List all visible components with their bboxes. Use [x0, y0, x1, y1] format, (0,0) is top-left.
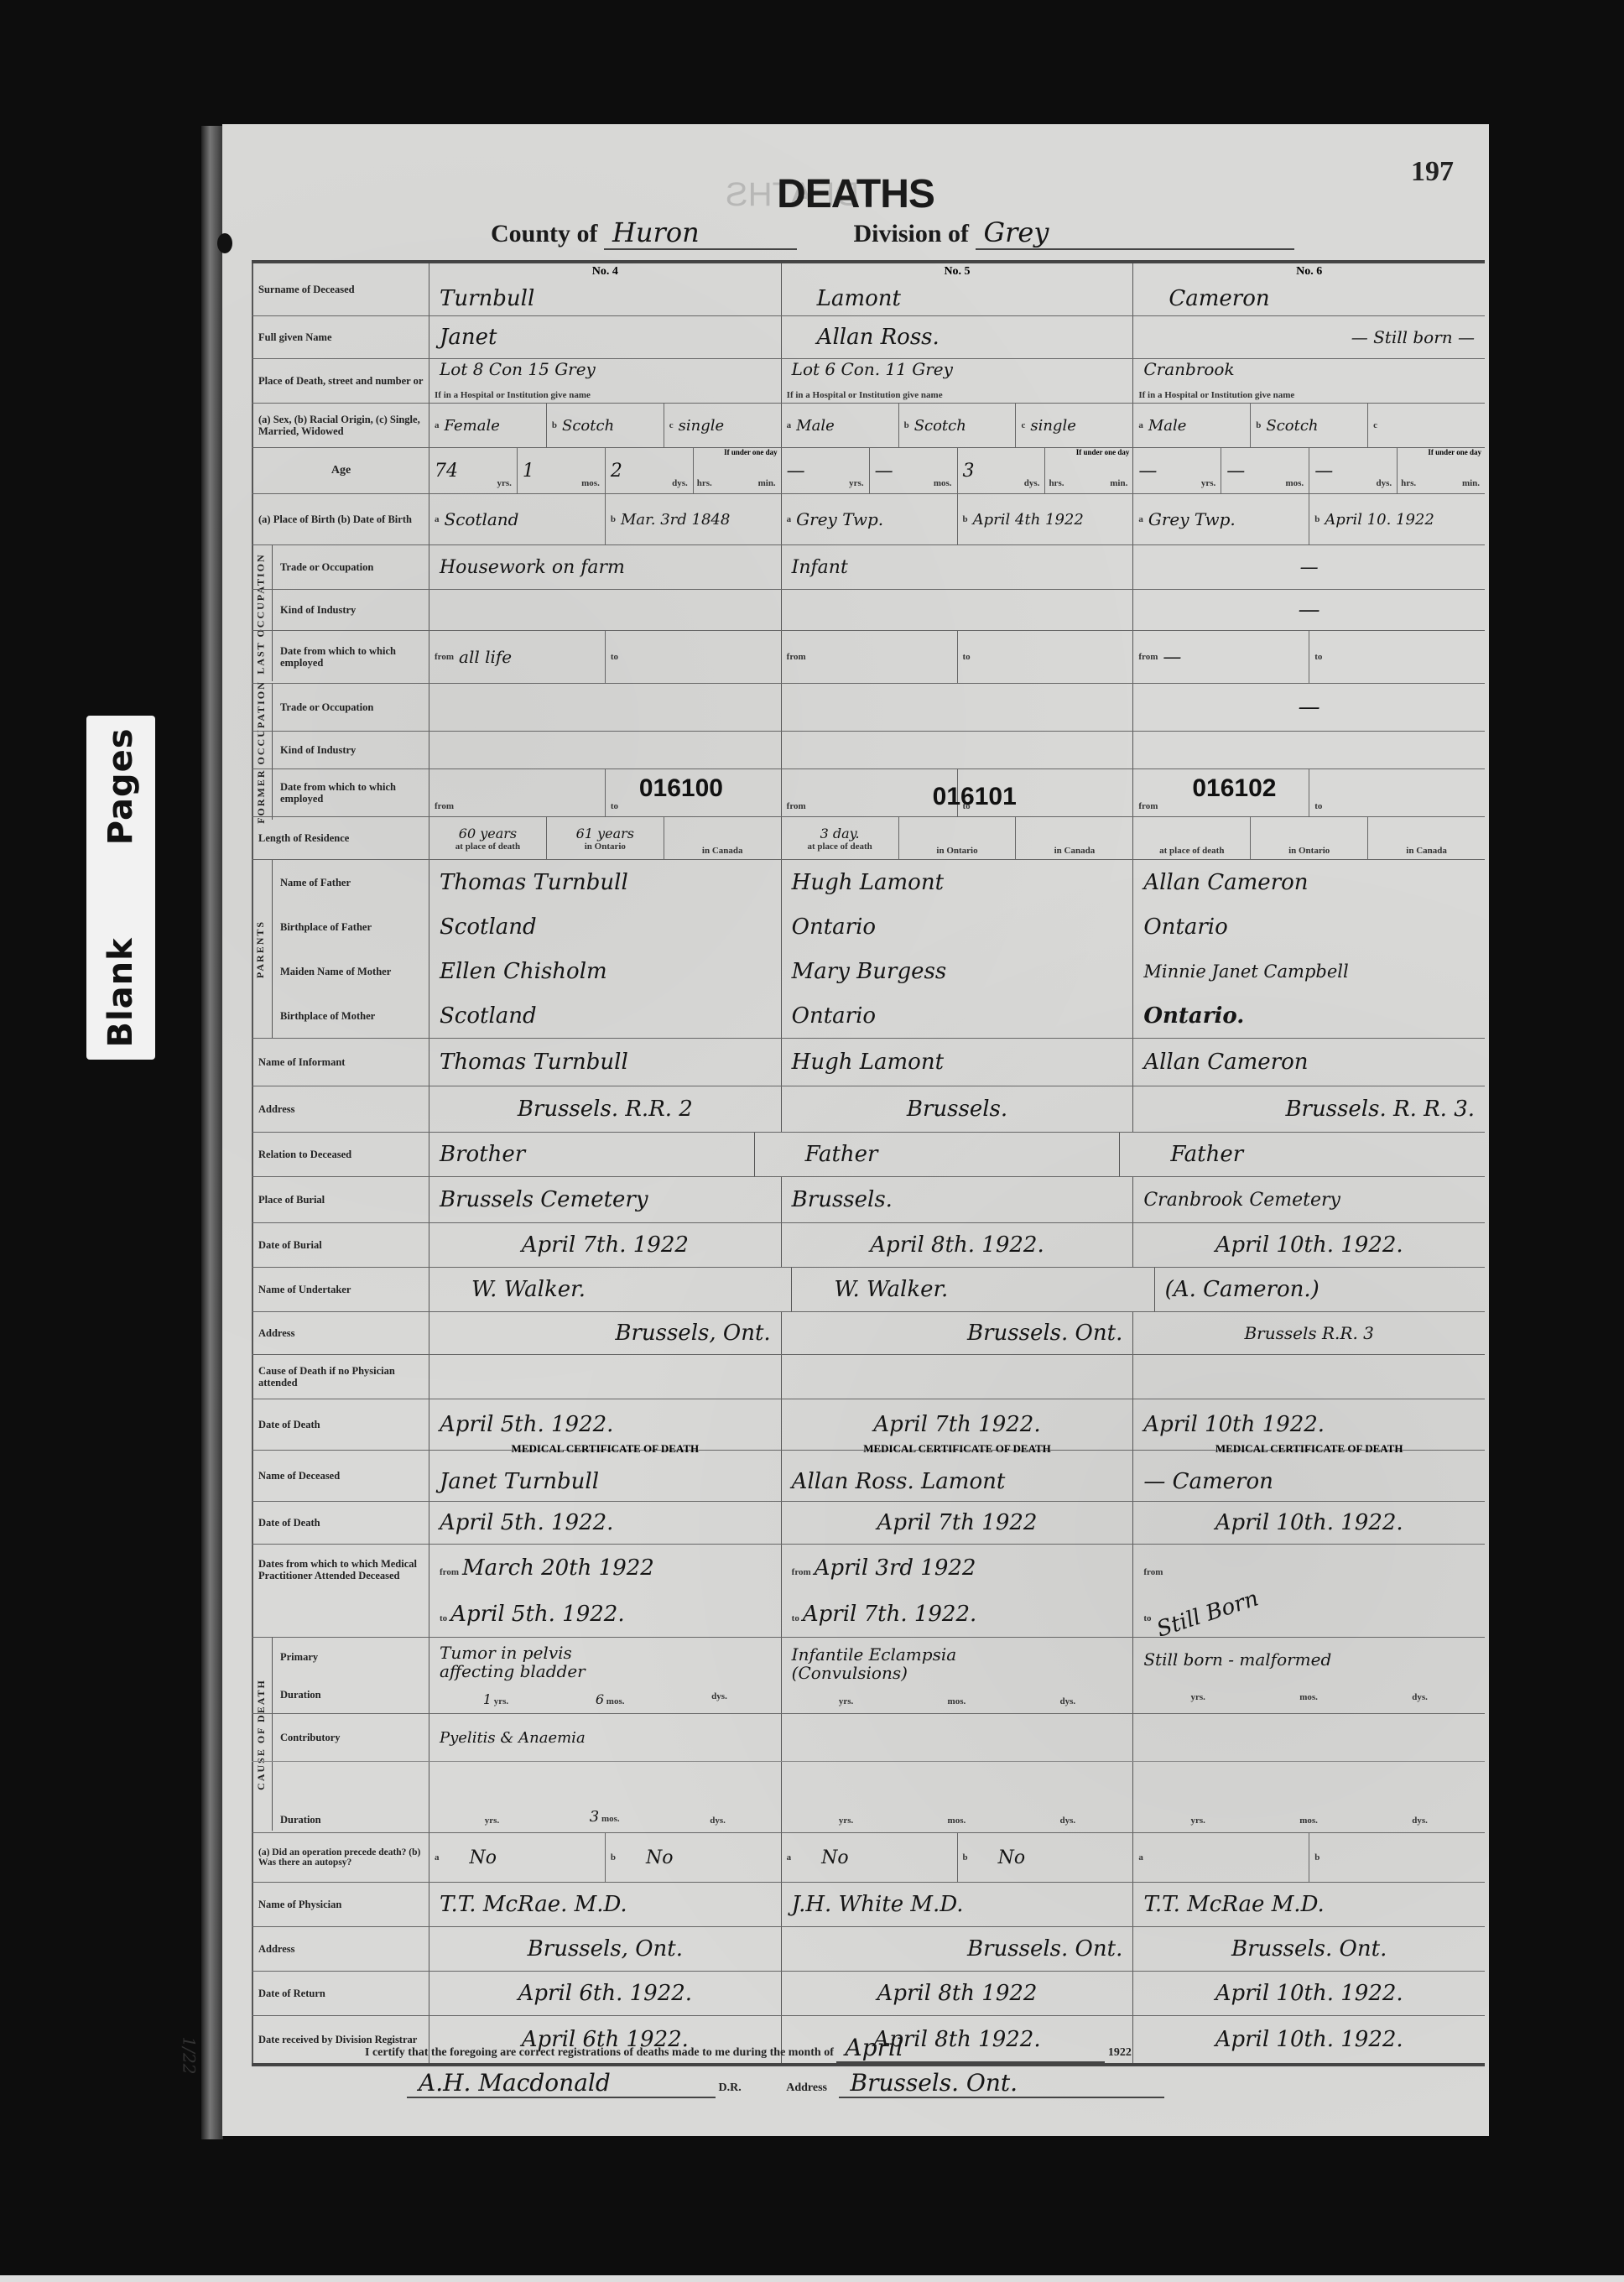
label-primary-text: Primary: [280, 1651, 318, 1663]
unit-mos: mos.: [581, 478, 600, 488]
to-label: to: [1314, 652, 1322, 662]
unit-yrs: yrs.: [494, 1696, 508, 1706]
entry-3-physician: T.T. McRae M.D.: [1133, 1883, 1485, 1926]
age-yrs: —: [1138, 461, 1157, 482]
sex-value: Male: [1148, 417, 1187, 435]
unit-dys: dys.: [711, 1691, 727, 1707]
county-label: County of: [491, 220, 598, 247]
entry-1-contrib-duration: yrs.3 mos.dys.: [429, 1762, 782, 1832]
row-undertaker-address: Address Brussels, Ont. Brussels. Ont. Br…: [252, 1312, 1485, 1355]
unit-yrs: yrs.: [839, 1816, 853, 1826]
entry-3-undertaker-address: Brussels R.R. 3: [1133, 1312, 1485, 1354]
label-residence: Length of Residence: [252, 817, 429, 859]
unit-min: min.: [1462, 478, 1480, 488]
label-father-birthplace: Birthplace of Father: [252, 905, 429, 949]
to-label: to: [963, 652, 971, 662]
age-dys: 2: [611, 461, 622, 482]
entry-3-surname: No. 6Cameron: [1133, 263, 1485, 315]
place-of-death-value: Lot 8 Con 15 Grey: [440, 359, 596, 379]
under-one-day: If under one day: [724, 448, 778, 456]
sub-a: a: [787, 420, 792, 430]
sub-b: b: [611, 1852, 616, 1863]
unit-yrs: yrs.: [485, 1816, 499, 1826]
in-ontario-label: in Ontario: [1288, 846, 1330, 856]
entry-1-mother: Ellen Chisholm: [429, 949, 782, 994]
entry-1-burial-date: April 7th. 1922: [429, 1223, 782, 1267]
label-place-of-death: Place of Death, street and number or: [252, 359, 429, 403]
entry-1-given-name: Janet: [429, 316, 782, 358]
row-med-name: Name of Deceased MEDICAL CERTIFICATE OF …: [252, 1451, 1485, 1502]
entry-3-physician-address: Brussels. Ont.: [1133, 1927, 1485, 1971]
from-label: from: [787, 652, 806, 662]
entry-3-attended: from to Still Born: [1133, 1545, 1485, 1637]
unit-hrs: hrs.: [1049, 478, 1064, 488]
entry-3-med-death-date: April 10th. 1922.: [1133, 1502, 1485, 1544]
entry-2-physician-address: Brussels. Ont.: [782, 1927, 1134, 1971]
in-ontario-label: in Ontario: [936, 846, 977, 856]
autopsy-value: No: [646, 1847, 674, 1868]
row-surname: Surname of Deceased No. 4Turnbull No. 5L…: [252, 263, 1485, 316]
hospital-note: If in a Hospital or Institution give nam…: [1138, 390, 1294, 400]
entry-3-mother: Minnie Janet Campbell: [1133, 949, 1485, 994]
father-birthplace-value: Ontario: [1143, 914, 1227, 940]
label-relation: Relation to Deceased: [252, 1133, 429, 1176]
entry-2-surname: No. 5Lamont: [782, 263, 1134, 315]
label-age: Age: [252, 448, 429, 493]
primary-mos-value: 6: [596, 1691, 604, 1707]
burial-place-value: Brussels Cemetery: [440, 1187, 648, 1212]
return-date-value: April 6th. 1922.: [518, 1981, 692, 2006]
label-father-name: Name of Father: [252, 860, 429, 905]
entry-3-received-date: April 10th. 1922.: [1133, 2016, 1485, 2063]
entry-1-relation: Brother: [429, 1133, 755, 1176]
sub-b: b: [1314, 514, 1319, 524]
age-dys: —: [1314, 461, 1333, 482]
sub-b: b: [552, 420, 557, 430]
unit-hrs: hrs.: [697, 478, 712, 488]
label-industry: Kind of Industry: [252, 590, 429, 630]
registration-stamp: 016102: [1192, 774, 1276, 803]
primary-yrs-value: 1: [483, 1691, 492, 1707]
place-of-death-value: Lot 6 Con. 11 Grey: [792, 359, 953, 379]
mother-birthplace-value: Scotland: [440, 1003, 537, 1029]
death-register-table: Surname of Deceased No. 4Turnbull No. 5L…: [252, 260, 1485, 2066]
entry-3-place-of-death: CranbrookIf in a Hospital or Institution…: [1133, 359, 1485, 403]
registration-stamp: 016100: [639, 774, 723, 803]
physician-address-value: Brussels, Ont.: [528, 1936, 683, 1962]
surname-value: Cameron: [1169, 286, 1269, 311]
label-undertaker: Name of Undertaker: [252, 1268, 429, 1311]
label-operation: (a) Did an operation precede death? (b) …: [252, 1833, 429, 1882]
med-death-date-value: April 10th. 1922.: [1215, 1510, 1403, 1535]
row-return-date: Date of Return April 6th. 1922. April 8t…: [252, 1972, 1485, 2016]
father-name-value: Hugh Lamont: [792, 870, 944, 895]
father-name-value: Thomas Turnbull: [440, 870, 628, 895]
entry-2-residence: 3 day.at place of death in Ontario in Ca…: [782, 817, 1134, 859]
entry-2-mother-birthplace: Ontario: [782, 994, 1134, 1038]
to-label: to: [1143, 1613, 1151, 1623]
entry-2-burial-date: April 8th. 1922.: [782, 1223, 1134, 1267]
unit-dys: dys.: [1376, 478, 1392, 488]
entry-3-former-industry: [1133, 732, 1485, 768]
entry-2-physician: J.H. White M.D.: [782, 1883, 1134, 1926]
unit-mos: mos.: [1285, 478, 1304, 488]
under-one-day: If under one day: [1428, 448, 1481, 456]
relation-value: Father: [1170, 1142, 1243, 1167]
death-date-value: April 7th 1922.: [873, 1412, 1040, 1437]
med-name-value: — Cameron: [1143, 1469, 1273, 1494]
entry-2-father-birthplace: Ontario: [782, 905, 1134, 949]
return-date-value: April 8th 1922: [877, 1981, 1038, 2006]
row-burial-place: Place of Burial Brussels Cemetery Brusse…: [252, 1177, 1485, 1223]
entry-1-physician: T.T. McRae. M.D.: [429, 1883, 782, 1926]
to-label: to: [440, 1613, 447, 1623]
entry-2-med-death-date: April 7th 1922: [782, 1502, 1134, 1544]
entry-3-birth: aGrey Twp. bApril 10. 1922: [1133, 494, 1485, 544]
entry-2-cause-no-physician: [782, 1355, 1134, 1399]
entry-3-informant-address: Brussels. R. R. 3.: [1133, 1086, 1485, 1132]
physician-address-value: Brussels. Ont.: [1231, 1936, 1387, 1962]
entry-2-contributory: [782, 1714, 1134, 1761]
med-name-value: Janet Turnbull: [440, 1469, 599, 1494]
entry-number: No. 4: [429, 265, 781, 279]
informant-address-value: Brussels.: [907, 1097, 1007, 1122]
entry-3-operation: a b: [1133, 1833, 1485, 1882]
entry-1-cause-no-physician: [429, 1355, 782, 1399]
entry-1-last-industry: [429, 590, 782, 630]
age-dys: 3: [963, 461, 975, 482]
residence-at-place: 60 years: [459, 826, 517, 841]
entry-1-mother-birthplace: Scotland: [429, 994, 782, 1038]
label-address: Address: [252, 1927, 429, 1971]
unit-min: min.: [758, 478, 776, 488]
physician-value: T.T. McRae M.D.: [1143, 1892, 1324, 1917]
county-value: Huron: [604, 216, 797, 250]
row-physician: Name of Physician T.T. McRae. M.D. J.H. …: [252, 1883, 1485, 1927]
birth-place-value: Scotland: [445, 509, 519, 529]
row-informant-address: Address Brussels. R.R. 2 Brussels. Bruss…: [252, 1086, 1485, 1133]
burial-date-value: April 7th. 1922: [522, 1232, 689, 1258]
division-label: Division of: [854, 220, 970, 247]
given-name-value: Allan Ross.: [817, 325, 940, 350]
entry-1-contributory: Pyelitis & Anaemia: [429, 1714, 782, 1761]
sub-b: b: [1256, 420, 1261, 430]
row-contributory: Contributory Pyelitis & Anaemia: [252, 1714, 1485, 1762]
entry-1-undertaker: W. Walker.: [429, 1268, 792, 1311]
row-residence: Length of Residence 60 yearsat place of …: [252, 817, 1485, 860]
at-place-label: at place of death: [807, 841, 872, 852]
entry-3-return-date: April 10th. 1922.: [1133, 1972, 1485, 2015]
registrar-address: Brussels. Ont.: [839, 2069, 1164, 2098]
in-canada-label: in Canada: [1054, 846, 1096, 856]
unit-dys: dys.: [710, 1816, 726, 1826]
primary-cause-value: Tumor in pelvis affecting bladder: [440, 1644, 641, 1680]
row-last-employed: Date from which to which employed fromal…: [252, 631, 1485, 684]
burial-place-value: Brussels.: [792, 1187, 893, 1212]
hospital-note: If in a Hospital or Institution give nam…: [435, 390, 591, 400]
row-former-industry: Kind of Industry: [252, 732, 1485, 769]
margin-note: 1/22: [179, 2037, 199, 2075]
attended-to-value: April 7th. 1922.: [803, 1602, 976, 1627]
entry-3-contrib-duration: yrs.mos.dys.: [1133, 1762, 1485, 1832]
entry-2-given-name: Allan Ross.: [782, 316, 1134, 358]
age-mos: —: [1226, 461, 1245, 482]
unit-mos: mos.: [606, 1696, 625, 1706]
row-father-birthplace: Birthplace of Father Scotland Ontario On…: [252, 905, 1485, 949]
sub-a: a: [787, 1852, 792, 1863]
label-med-name: Name of Deceased: [252, 1451, 429, 1501]
entry-1-former-trade: [429, 684, 782, 731]
entry-1-burial-place: Brussels Cemetery: [429, 1177, 782, 1222]
age-mos: 1: [523, 461, 534, 482]
attended-to-value: April 5th. 1922.: [450, 1602, 624, 1627]
undertaker-address-value: Brussels. Ont.: [967, 1321, 1122, 1346]
entry-2-burial-place: Brussels.: [782, 1177, 1134, 1222]
mother-maiden-value: Ellen Chisholm: [440, 959, 607, 984]
entry-2-undertaker: W. Walker.: [792, 1268, 1154, 1311]
mother-maiden-value: Minnie Janet Campbell: [1143, 961, 1348, 982]
sub-a: a: [435, 514, 440, 524]
unit-dys: dys.: [1060, 1816, 1076, 1826]
registrar-title: D.R.: [719, 2081, 742, 2094]
entry-2-former-industry: [782, 732, 1134, 768]
certification-year: 1922: [1108, 2046, 1132, 2059]
birth-date-value: Mar. 3rd 1848: [621, 511, 730, 529]
entry-3-primary: Still born - malformed yrs.mos.dys.: [1133, 1638, 1485, 1713]
surname-value: Lamont: [817, 286, 901, 311]
sub-a: a: [1138, 420, 1143, 430]
unit-yrs: yrs.: [1201, 478, 1215, 488]
at-place-label: at place of death: [1159, 846, 1224, 856]
mother-birthplace-value: Ontario.: [1143, 1003, 1244, 1029]
unit-yrs: yrs.: [839, 1696, 853, 1706]
under-one-day: If under one day: [1076, 448, 1130, 456]
former-trade-value: —: [1299, 695, 1320, 720]
county-division-line: County of Huron Division of Grey: [491, 216, 1294, 250]
undertaker-value: (A. Cameron.): [1165, 1277, 1319, 1302]
sub-a: a: [1138, 514, 1143, 524]
unit-mos: mos.: [948, 1696, 966, 1706]
label-return-date: Date of Return: [252, 1972, 429, 2015]
unit-dys: dys.: [1412, 1692, 1428, 1702]
undertaker-value: W. Walker.: [834, 1277, 948, 1302]
entry-3-undertaker: (A. Cameron.): [1155, 1268, 1485, 1311]
row-operation-autopsy: (a) Did an operation precede death? (b) …: [252, 1833, 1485, 1883]
sub-a: a: [435, 420, 440, 430]
entry-3-cause-no-physician: [1133, 1355, 1485, 1399]
label-duration: Duration: [252, 1762, 429, 1832]
birth-place-value: Grey Twp.: [796, 509, 883, 529]
entry-3-father: Allan Cameron: [1133, 860, 1485, 905]
last-industry-value: —: [1299, 597, 1320, 623]
entry-2-contrib-duration: yrs.mos.dys.: [782, 1762, 1134, 1832]
label-address: Address: [252, 1086, 429, 1132]
entry-1-father: Thomas Turnbull: [429, 860, 782, 905]
marital-value: single: [679, 417, 725, 435]
label-address: Address: [252, 1312, 429, 1354]
operation-value: No: [821, 1847, 849, 1868]
entry-2-sex: aMale bScotch csingle: [782, 404, 1134, 447]
row-father-name: Name of Father Thomas Turnbull Hugh Lamo…: [252, 860, 1485, 905]
registrar-signature-line: A.H. Macdonald D.R. Address Brussels. On…: [407, 2069, 1164, 2098]
informant-value: Hugh Lamont: [792, 1050, 944, 1075]
from-label: from: [440, 1567, 459, 1577]
last-trade-value: Housework on farm: [440, 557, 625, 578]
entry-3-last-trade: —: [1133, 545, 1485, 589]
entry-3-med-name: MEDICAL CERTIFICATE OF DEATH— Cameron: [1133, 1451, 1485, 1501]
burial-place-value: Cranbrook Cemetery: [1143, 1190, 1340, 1211]
label-birth: (a) Place of Birth (b) Date of Birth: [252, 494, 429, 544]
entry-1-med-name: MEDICAL CERTIFICATE OF DEATHJanet Turnbu…: [429, 1451, 782, 1501]
medical-certificate-header: MEDICAL CERTIFICATE OF DEATH: [1133, 1442, 1485, 1456]
row-burial-date: Date of Burial April 7th. 1922 April 8th…: [252, 1223, 1485, 1268]
sub-b: b: [611, 514, 616, 524]
sub-c: c: [1373, 420, 1377, 430]
last-from-value: —: [1163, 647, 1181, 668]
racial-origin-value: Scotch: [562, 417, 614, 435]
label-mother-birthplace: Birthplace of Mother: [252, 994, 429, 1038]
age-mos: —: [875, 461, 893, 482]
row-attended: Dates from which to which Medical Practi…: [252, 1545, 1485, 1638]
entry-2-mother: Mary Burgess: [782, 949, 1134, 994]
from-label: from: [435, 801, 454, 811]
unit-mos: mos.: [948, 1816, 966, 1826]
relation-value: Brother: [440, 1142, 525, 1167]
label-primary: PrimaryDuration: [252, 1638, 429, 1713]
informant-value: Thomas Turnbull: [440, 1050, 628, 1075]
blank-pages-tab: BlankPages: [86, 716, 155, 1060]
label-death-date: Date of Death: [252, 1399, 429, 1450]
label-death-date: Date of Death: [252, 1502, 429, 1544]
physician-value: J.H. White M.D.: [792, 1892, 964, 1917]
entry-3-last-industry: —: [1133, 590, 1485, 630]
residence-at-place: 3 day.: [820, 826, 860, 841]
attended-to-value: Still Born: [1153, 1586, 1262, 1637]
parents-block: PARENTS Name of Father Thomas Turnbull H…: [252, 860, 1485, 1039]
entry-1-last-trade: Housework on farm: [429, 545, 782, 589]
label-burial-place: Place of Burial: [252, 1177, 429, 1222]
entry-2-informant: Hugh Lamont: [782, 1039, 1134, 1086]
sub-b: b: [1314, 1852, 1319, 1863]
punch-hole: [217, 233, 232, 253]
relation-value: Father: [805, 1142, 878, 1167]
label-physician: Name of Physician: [252, 1883, 429, 1926]
last-trade-value: —: [1300, 557, 1319, 578]
bottom-edge: [0, 2275, 1624, 2282]
birth-date-value: April 10. 1922: [1325, 511, 1434, 529]
label-mother-maiden: Maiden Name of Mother: [252, 949, 429, 994]
medical-certificate-header: MEDICAL CERTIFICATE OF DEATH: [782, 1442, 1133, 1456]
birth-place-value: Grey Twp.: [1148, 509, 1236, 529]
to-label: to: [611, 652, 618, 662]
unit-yrs: yrs.: [1190, 1816, 1205, 1826]
informant-address-value: Brussels. R.R. 2: [518, 1097, 693, 1122]
unit-mos: mos.: [601, 1814, 620, 1824]
last-trade-value: Infant: [792, 557, 848, 578]
place-of-death-value: Cranbrook: [1143, 359, 1234, 379]
informant-value: Allan Cameron: [1143, 1050, 1308, 1075]
undertaker-address-value: Brussels, Ont.: [615, 1321, 770, 1346]
binding-spine: [201, 126, 223, 2139]
contributory-value: Pyelitis & Anaemia: [440, 1729, 586, 1747]
return-date-value: April 10th. 1922.: [1215, 1981, 1403, 2006]
entry-2-former-trade: [782, 684, 1134, 731]
age-yrs: 74: [435, 461, 458, 482]
medical-certificate-header: MEDICAL CERTIFICATE OF DEATH: [429, 1442, 781, 1456]
to-label: to: [611, 801, 618, 811]
med-death-date-value: April 7th 1922: [877, 1510, 1038, 1535]
row-birth: (a) Place of Birth (b) Date of Birth aSc…: [252, 494, 1485, 545]
from-label: from: [1138, 652, 1158, 662]
entry-2-father: Hugh Lamont: [782, 860, 1134, 905]
label-contributory: Contributory: [252, 1714, 429, 1761]
physician-value: T.T. McRae. M.D.: [440, 1892, 627, 1917]
entry-1-place-of-death: Lot 8 Con 15 GreyIf in a Hospital or Ins…: [429, 359, 782, 403]
unit-dys: dys.: [1412, 1816, 1428, 1826]
attended-from-value: March 20th 1922: [462, 1555, 654, 1581]
in-canada-label: in Canada: [702, 846, 743, 856]
racial-origin-value: Scotch: [1266, 417, 1318, 435]
row-last-industry: Kind of Industry —: [252, 590, 1485, 631]
entry-1-informant: Thomas Turnbull: [429, 1039, 782, 1086]
label-trade: Trade or Occupation: [252, 545, 429, 589]
physician-address-value: Brussels. Ont.: [967, 1936, 1122, 1962]
certification-line: I certify that the foregoing are correct…: [365, 2034, 1132, 2063]
entry-3-contributory: [1133, 1714, 1485, 1761]
label-employed: Date from which to which employed: [252, 769, 429, 816]
row-cause-no-physician: Cause of Death if no Physician attended: [252, 1355, 1485, 1399]
row-former-trade: Trade or Occupation —: [252, 684, 1485, 732]
age-yrs: —: [787, 461, 805, 482]
entry-2-last-industry: [782, 590, 1134, 630]
unit-hrs: hrs.: [1401, 478, 1416, 488]
sub-b: b: [904, 420, 909, 430]
given-name-value: — Still born —: [1351, 327, 1475, 347]
attended-from-value: April 3rd 1922: [815, 1555, 976, 1581]
from-label: from: [1138, 801, 1158, 811]
entry-2-birth: aGrey Twp. bApril 4th 1922: [782, 494, 1134, 544]
surname-value: Turnbull: [440, 286, 534, 311]
entry-3-former-employed: from016102 to: [1133, 769, 1485, 816]
mother-maiden-value: Mary Burgess: [792, 959, 947, 984]
sex-value: Female: [445, 417, 500, 435]
entry-2-primary: Infantile Eclampsia (Convulsions) yrs.mo…: [782, 1638, 1134, 1713]
label-burial-date: Date of Burial: [252, 1223, 429, 1267]
contrib-mos-value: 3: [590, 1808, 599, 1826]
last-occupation-block: LAST OCCUPATION Trade or Occupation Hous…: [252, 545, 1485, 684]
registration-stamp: 016101: [933, 783, 1017, 811]
entry-1-sex: aFemale bScotch csingle: [429, 404, 782, 447]
label-cause-no-physician: Cause of Death if no Physician attended: [252, 1355, 429, 1399]
certification-text: I certify that the foregoing are correct…: [365, 2046, 834, 2059]
autopsy-value: No: [998, 1847, 1026, 1868]
entry-2-age: —yrs. —mos. 3dys. If under one dayhrs.mi…: [782, 448, 1134, 493]
label-attended: Dates from which to which Medical Practi…: [252, 1545, 429, 1637]
residence-ontario: 61 years: [576, 826, 634, 841]
unit-mos: mos.: [1299, 1816, 1318, 1826]
entry-1-operation: aNo bNo: [429, 1833, 782, 1882]
label-informant: Name of Informant: [252, 1039, 429, 1086]
death-date-value: April 10th 1922.: [1143, 1412, 1325, 1437]
former-occupation-block: FORMER OCCUPATION Trade or Occupation — …: [252, 684, 1485, 817]
entry-1-return-date: April 6th. 1922.: [429, 1972, 782, 2015]
row-last-trade: Trade or Occupation Housework on farm In…: [252, 545, 1485, 590]
row-relation: Relation to Deceased Brother Father Fath…: [252, 1133, 1485, 1177]
informant-address-value: Brussels. R. R. 3.: [1285, 1097, 1475, 1122]
entry-1-physician-address: Brussels, Ont.: [429, 1927, 782, 1971]
registrar-signature: A.H. Macdonald: [407, 2069, 716, 2098]
register-page: 197 DEATHS DEATHS County of Huron Divisi…: [222, 124, 1489, 2136]
